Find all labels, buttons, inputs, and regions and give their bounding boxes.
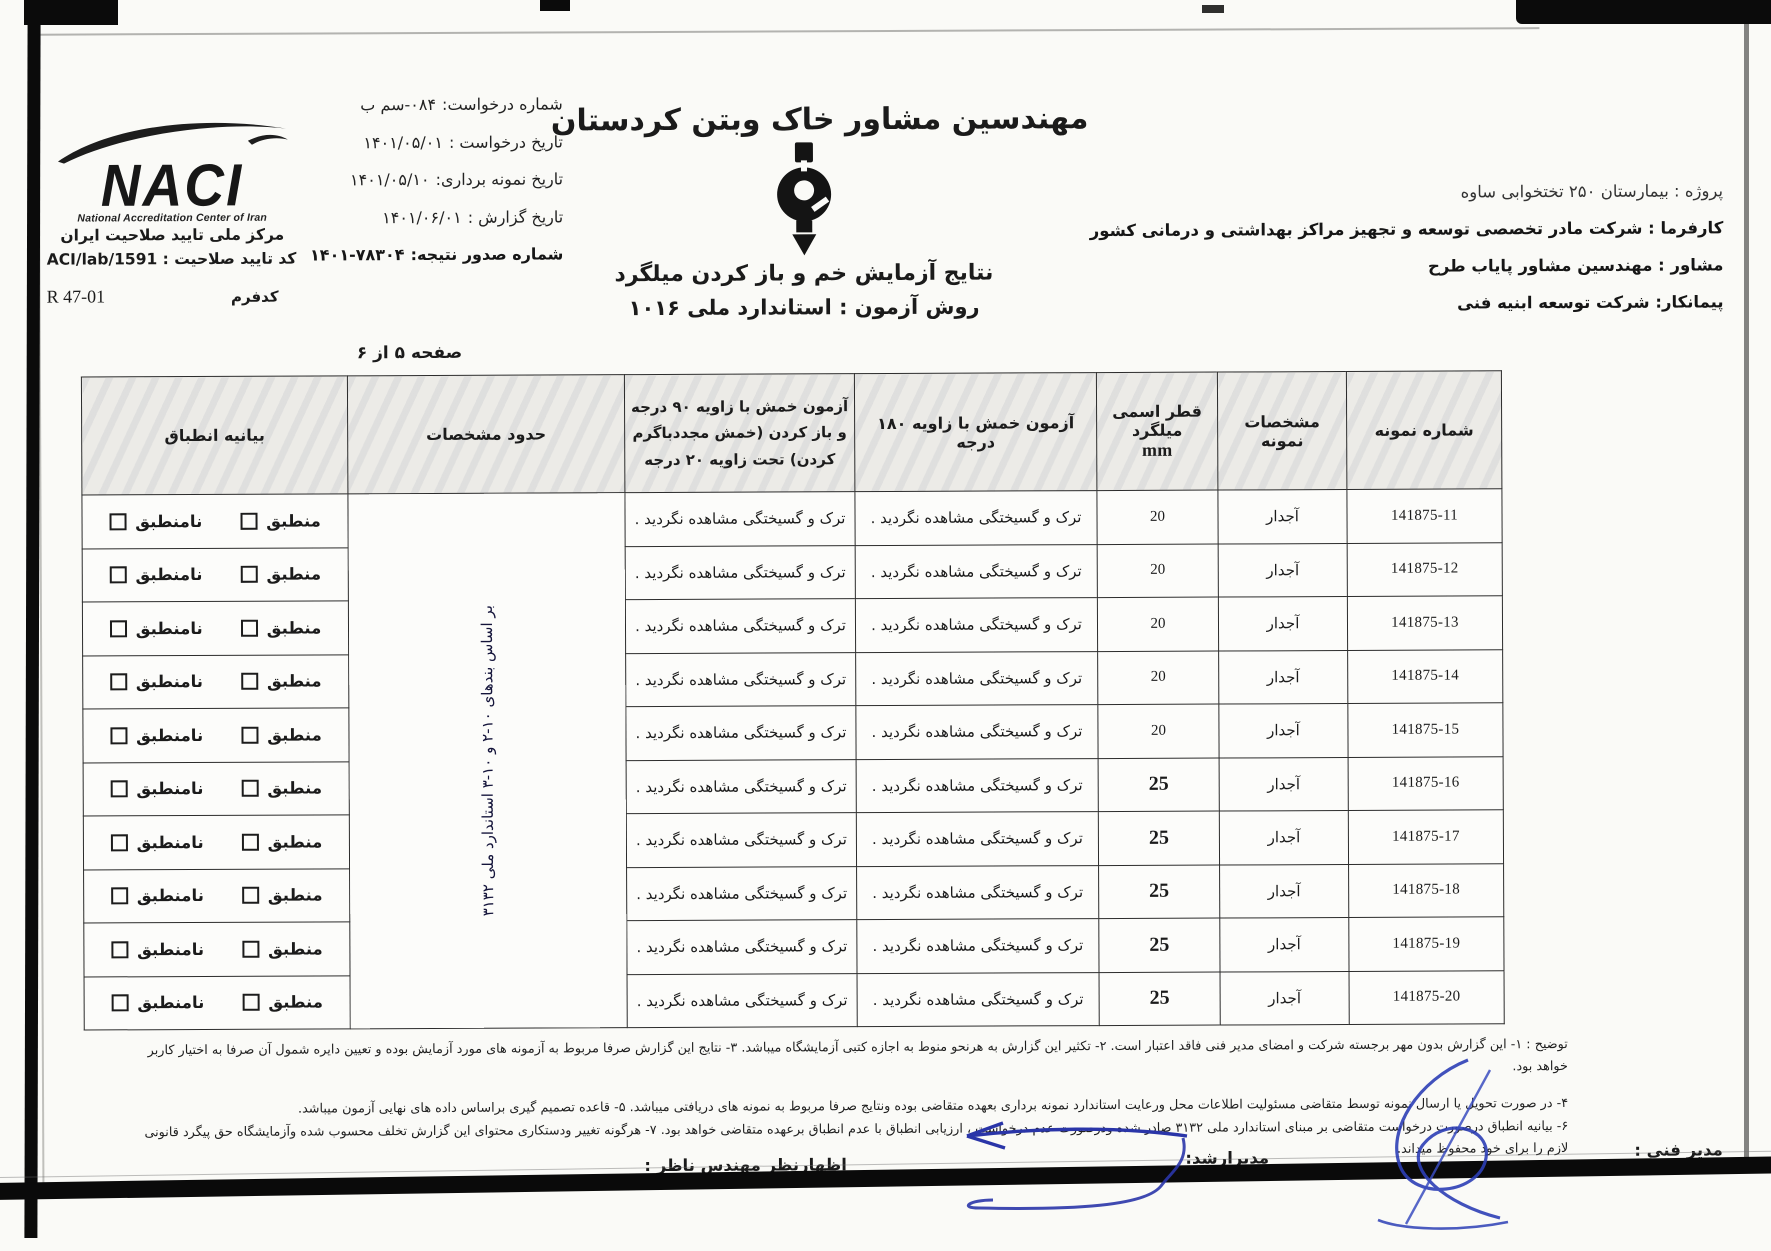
- compliant-label: منطبق: [267, 672, 322, 691]
- project-metadata: پروژه : بیمارستان ۲۵۰ تختخوابی ساوه کارف…: [1003, 172, 1724, 323]
- scan-mark: [1202, 5, 1224, 13]
- table-row: 141875-11 آجدار 20 ترک و گسیختگی مشاهده …: [82, 489, 1502, 549]
- compliant-label: منطبق: [268, 886, 323, 905]
- sample-spec: آجدار: [1219, 810, 1348, 864]
- sample-spec: آجدار: [1220, 971, 1349, 1025]
- sample-spec: آجدار: [1218, 543, 1347, 597]
- table-row: 141875-16 آجدار 25 ترک و گسیختگی مشاهده …: [83, 756, 1503, 816]
- diameter-value: 25: [1098, 758, 1219, 812]
- report-header: مهندسین مشاور خاک وبتن کردستان نتایج آزم…: [551, 101, 1057, 320]
- noncompliant-label: نامنطبق: [135, 512, 202, 531]
- bend-180-result: ترک و گسیختگی مشاهده نگردید .: [857, 865, 1099, 920]
- bend-180-result: ترک و گسیختگی مشاهده نگردید .: [856, 651, 1098, 706]
- diameter-value: 25: [1099, 918, 1220, 972]
- consultant-line: مشاور : مهندسین مشاور پایاب طرح: [1003, 246, 1723, 286]
- diameter-value: 20: [1098, 704, 1219, 758]
- compliant-checkbox-icon: [241, 619, 258, 636]
- sample-no: 141875-15: [1348, 703, 1503, 757]
- col-header-bend-180: آزمون خمش با زاویه ۱۸۰ درجه: [854, 373, 1097, 492]
- bend-180-result: ترک و گسیختگی مشاهده نگردید .: [855, 491, 1097, 546]
- bend-90-result: ترک و گسیختگی مشاهده نگردید .: [626, 706, 856, 761]
- sample-no: 141875-20: [1349, 970, 1504, 1024]
- sample-no: 141875-17: [1348, 810, 1503, 864]
- compliant-label: منطبق: [267, 725, 322, 744]
- scan-edge-top-left: [24, 0, 118, 25]
- company-logo-icon: [770, 141, 837, 259]
- result-issue-number-line: شماره صدور نتیجه:۷۸۳۰۴-۱۴۰۱: [248, 235, 563, 274]
- compliant-label: منطبق: [267, 779, 322, 798]
- bend-180-result: ترک و گسیختگی مشاهده نگردید .: [855, 544, 1097, 599]
- scan-edge-right: [1744, 22, 1749, 1157]
- compliant-label: منطبق: [266, 565, 321, 584]
- compliance-cell: منطبق نامنطبق: [84, 922, 350, 977]
- company-title: مهندسین مشاور خاک وبتن کردستان: [551, 101, 1056, 138]
- sample-no: 141875-16: [1348, 756, 1503, 810]
- contractor-line: پیمانکار: شرکت توسعه ابنیه فنی: [1004, 283, 1724, 323]
- compliant-label: منطبق: [267, 618, 322, 637]
- bend-180-result: ترک و گسیختگی مشاهده نگردید .: [856, 758, 1098, 813]
- noncompliant-checkbox-icon: [110, 781, 127, 798]
- table-row: 141875-17 آجدار 25 ترک و گسیختگی مشاهده …: [83, 810, 1503, 870]
- sample-spec: آجدار: [1218, 596, 1347, 650]
- bend-180-result: ترک و گسیختگی مشاهده نگردید .: [855, 598, 1097, 653]
- sample-spec: آجدار: [1219, 757, 1348, 811]
- sample-spec: آجدار: [1219, 650, 1348, 704]
- sampling-date-line: تاریخ نمونه برداری:۱۴۰۱/۰۵/۱۰: [248, 160, 563, 199]
- report-date-line: تاریخ گزارش :۱۴۰۱/۰۶/۰۱: [248, 198, 563, 237]
- noncompliant-checkbox-icon: [110, 674, 127, 691]
- compliant-label: منطبق: [268, 993, 323, 1012]
- sample-no: 141875-11: [1347, 489, 1502, 543]
- bend-180-result: ترک و گسیختگی مشاهده نگردید .: [857, 972, 1099, 1027]
- noncompliant-label: نامنطبق: [136, 619, 203, 638]
- request-metadata: شماره درخواست:۰۸۴-سم ب تاریخ درخواست :۱۴…: [248, 85, 564, 274]
- form-code-label: کدفرم: [231, 288, 279, 306]
- noncompliant-label: نامنطبق: [137, 993, 204, 1012]
- col-header-bend-90: آزمون خمش با زاویه ۹۰ درجه و باز کردن (خ…: [624, 374, 855, 493]
- compliant-checkbox-icon: [242, 833, 259, 850]
- bend-90-result: ترک و گسیختگی مشاهده نگردید .: [626, 759, 856, 814]
- diameter-value: 20: [1097, 490, 1218, 544]
- request-number-line: شماره درخواست:۰۸۴-سم ب: [248, 85, 563, 124]
- col-header-compliance: بیانیه انطباق: [81, 376, 348, 495]
- bend-90-result: ترک و گسیختگی مشاهده نگردید .: [627, 866, 857, 921]
- form-code-value: R 47-01: [47, 286, 106, 307]
- table-row: 141875-15 آجدار 20 ترک و گسیختگی مشاهده …: [83, 703, 1503, 763]
- col-header-sample-spec: مشخصات نمونه: [1217, 371, 1347, 490]
- bend-180-result: ترک و گسیختگی مشاهده نگردید .: [856, 812, 1098, 867]
- col-header-sample-no: شماره نمونه: [1346, 371, 1502, 490]
- results-table: شماره نمونه مشخصات نمونه قطر اسمی میلگرد…: [81, 370, 1505, 1030]
- compliant-checkbox-icon: [241, 673, 258, 690]
- diameter-value: 25: [1098, 811, 1219, 865]
- noncompliant-checkbox-icon: [111, 834, 128, 851]
- sample-no: 141875-12: [1347, 542, 1502, 596]
- scan-mark: [540, 0, 570, 11]
- bend-180-result: ترک و گسیختگی مشاهده نگردید .: [857, 919, 1099, 974]
- client-line: کارفرما : شرکت مادر تخصصی توسعه و تجهیز …: [1003, 209, 1723, 249]
- table-row: 141875-19 آجدار 25 ترک و گسیختگی مشاهده …: [84, 917, 1504, 977]
- noncompliant-checkbox-icon: [111, 995, 128, 1012]
- project-line: پروژه : بیمارستان ۲۵۰ تختخوابی ساوه: [1003, 172, 1723, 212]
- compliant-checkbox-icon: [242, 940, 259, 957]
- bend-90-result: ترک و گسیختگی مشاهده نگردید .: [626, 652, 856, 707]
- noncompliant-label: نامنطبق: [136, 672, 203, 691]
- table-row: 141875-12 آجدار 20 ترک و گسیختگی مشاهده …: [82, 542, 1502, 602]
- noncompliant-label: نامنطبق: [137, 833, 204, 852]
- bend-90-result: ترک و گسیختگی مشاهده نگردید .: [627, 973, 857, 1028]
- noncompliant-label: نامنطبق: [135, 565, 202, 584]
- compliant-label: منطبق: [268, 832, 323, 851]
- compliance-cell: منطبق نامنطبق: [83, 761, 349, 816]
- compliant-label: منطبق: [268, 939, 323, 958]
- request-date-line: تاریخ درخواست :۱۴۰۱/۰۵/۰۱: [248, 123, 563, 162]
- noncompliant-checkbox-icon: [110, 727, 127, 744]
- table-row: 141875-18 آجدار 25 ترک و گسیختگی مشاهده …: [84, 863, 1504, 923]
- compliant-checkbox-icon: [241, 780, 258, 797]
- compliant-checkbox-icon: [242, 994, 259, 1011]
- noncompliant-checkbox-icon: [111, 941, 128, 958]
- diameter-value: 25: [1099, 972, 1220, 1026]
- table-row: 141875-14 آجدار 20 ترک و گسیختگی مشاهده …: [83, 649, 1503, 709]
- page-edge-top: [37, 27, 1539, 35]
- compliance-cell: منطبق نامنطبق: [84, 975, 350, 1030]
- diameter-value: 20: [1098, 651, 1219, 705]
- compliant-checkbox-icon: [240, 512, 257, 529]
- page-indicator: صفحه ۵ از ۶: [357, 343, 462, 363]
- noncompliant-label: نامنطبق: [136, 726, 203, 745]
- compliant-checkbox-icon: [240, 566, 257, 583]
- table-header-row: شماره نمونه مشخصات نمونه قطر اسمی میلگرد…: [81, 371, 1502, 495]
- sample-spec: آجدار: [1219, 703, 1348, 757]
- table-row: 141875-20 آجدار 25 ترک و گسیختگی مشاهده …: [84, 970, 1504, 1030]
- form-code-row: R 47-01 کدفرم: [47, 286, 279, 308]
- compliant-label: منطبق: [266, 511, 321, 530]
- compliance-cell: منطبق نامنطبق: [83, 654, 349, 709]
- test-method-line: روش آزمون : استاندارد ملی ۱۰۱۶: [552, 294, 1057, 320]
- table-row: 141875-13 آجدار 20 ترک و گسیختگی مشاهده …: [82, 596, 1502, 656]
- sample-spec: آجدار: [1220, 864, 1349, 918]
- compliance-cell: منطبق نامنطبق: [82, 547, 348, 602]
- noncompliant-label: نامنطبق: [137, 886, 204, 905]
- noncompliant-checkbox-icon: [110, 620, 127, 637]
- sample-no: 141875-18: [1349, 863, 1504, 917]
- compliant-checkbox-icon: [241, 726, 258, 743]
- compliant-checkbox-icon: [242, 887, 259, 904]
- sample-no: 141875-14: [1348, 649, 1503, 703]
- col-header-limits: حدود مشخصات: [347, 375, 625, 494]
- compliance-cell: منطبق نامنطبق: [83, 708, 349, 763]
- bend-180-result: ترک و گسیختگی مشاهده نگردید .: [856, 705, 1098, 760]
- noncompliant-checkbox-icon: [109, 513, 126, 530]
- limits-text: بر اساس بندهای ۱۰-۲ و ۱۰-۳ استاندارد ملی…: [478, 605, 497, 916]
- noncompliant-checkbox-icon: [111, 888, 128, 905]
- noncompliant-checkbox-icon: [109, 567, 126, 584]
- scanned-report-page: NACI National Accreditation Center of Ir…: [0, 0, 1771, 1251]
- bend-90-result: ترک و گسیختگی مشاهده نگردید .: [626, 813, 856, 868]
- col-header-diameter: قطر اسمی میلگرد mm: [1096, 372, 1218, 491]
- limits-cell: بر اساس بندهای ۱۰-۲ و ۱۰-۳ استاندارد ملی…: [348, 493, 627, 1029]
- sample-spec: آجدار: [1220, 917, 1349, 971]
- diameter-value: 20: [1097, 597, 1218, 651]
- sample-spec: آجدار: [1218, 489, 1347, 543]
- noncompliant-label: نامنطبق: [136, 779, 203, 798]
- compliance-cell: منطبق نامنطبق: [84, 868, 350, 923]
- scan-edge-top-right: [1516, 0, 1771, 24]
- bend-90-result: ترک و گسیختگی مشاهده نگردید .: [625, 599, 855, 654]
- noncompliant-label: نامنطبق: [137, 940, 204, 959]
- compliance-cell: منطبق نامنطبق: [82, 494, 348, 549]
- diameter-value: 20: [1097, 544, 1218, 598]
- bend-90-result: ترک و گسیختگی مشاهده نگردید .: [625, 492, 855, 547]
- compliance-cell: منطبق نامنطبق: [82, 601, 348, 656]
- compliance-cell: منطبق نامنطبق: [83, 815, 349, 870]
- sample-no: 141875-13: [1347, 596, 1502, 650]
- sample-no: 141875-19: [1349, 917, 1504, 971]
- senior-manager-signature: [935, 1118, 1195, 1213]
- report-title: نتایج آزمایش خم و باز کردن میلگرد: [551, 260, 1056, 287]
- bend-90-result: ترک و گسیختگی مشاهده نگردید .: [627, 920, 857, 975]
- diameter-value: 25: [1099, 865, 1220, 919]
- tech-manager-signature: [1348, 1052, 1548, 1242]
- bend-90-result: ترک و گسیختگی مشاهده نگردید .: [625, 545, 855, 600]
